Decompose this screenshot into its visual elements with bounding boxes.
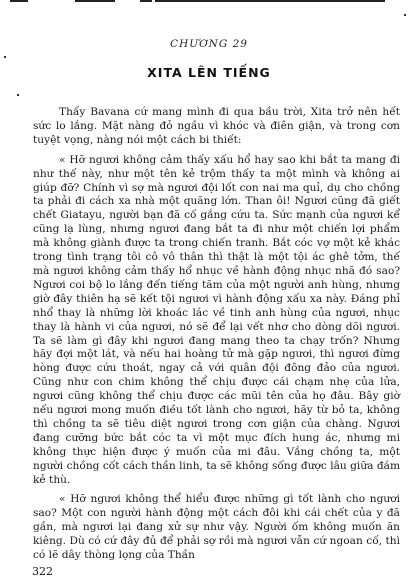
top-scan-rule bbox=[0, 0, 418, 3]
chapter-label: CHƯƠNG 29 bbox=[0, 38, 418, 50]
scan-speck bbox=[17, 94, 19, 96]
scan-speck bbox=[4, 56, 6, 58]
paragraph: « Hỡ ngươi không thể hiểu được những gì … bbox=[33, 493, 400, 563]
page-number: 322 bbox=[32, 565, 53, 578]
paragraph: « Hỡ ngươi không cảm thấy xấu hổ hay sao… bbox=[33, 154, 400, 488]
scan-speck bbox=[404, 14, 406, 16]
chapter-body: Thấy Bavana cứ mang mình đi qua bầu trời… bbox=[33, 106, 400, 569]
paragraph: Thấy Bavana cứ mang mình đi qua bầu trời… bbox=[33, 106, 400, 148]
chapter-title: XITA LÊN TIẾNG bbox=[0, 65, 418, 80]
